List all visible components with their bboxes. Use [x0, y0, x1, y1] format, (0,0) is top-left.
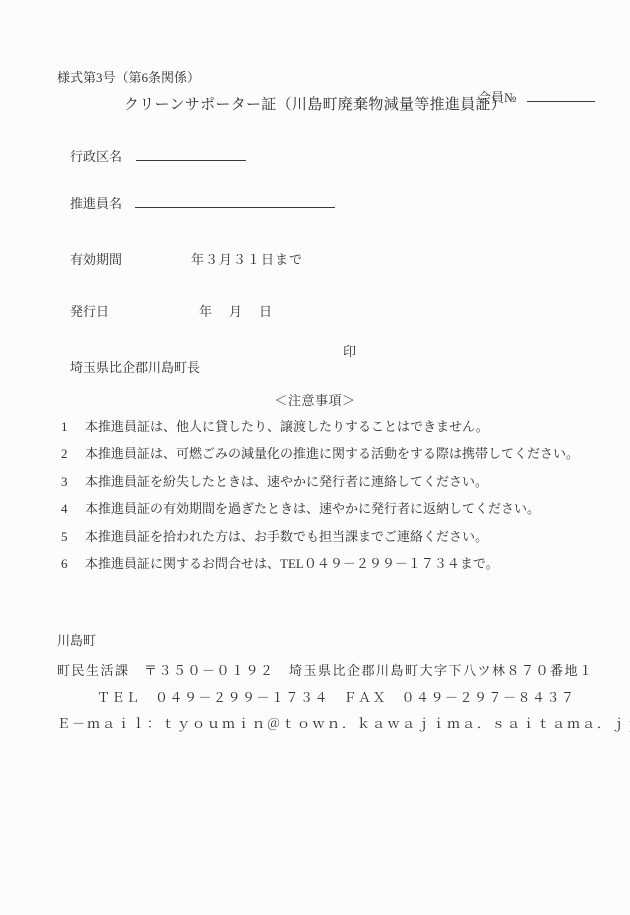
district-name-label: 行政区名	[70, 149, 122, 164]
district-name-blank-line	[136, 145, 246, 161]
note-text: 本推進員証の有効期間を過ぎたときは、速やかに発行者に返納してください。	[85, 501, 540, 517]
district-name-field: 行政区名	[57, 129, 246, 180]
notes-heading: ＜注意事項＞	[0, 393, 630, 409]
form-document-page: 様式第3号（第6条関係） 会員№ クリーンサポーター証（川島町廃棄物減量等推進員…	[0, 0, 630, 915]
validity-period-value: 年３月３１日まで	[191, 252, 303, 267]
note-text: 本推進員証に関するお問合せは、TEL０４９－２９９－１７３４まで。	[85, 556, 499, 572]
promoter-name-field: 推進員名	[57, 176, 335, 227]
document-title: クリーンサポーター証（川島町廃棄物減量等推進員証）	[0, 96, 630, 114]
note-item-1: 1本推進員証は、他人に貸したり、譲渡したりすることはできません。	[57, 419, 489, 435]
note-number: 6	[57, 556, 85, 572]
note-text: 本推進員証は、他人に貸したり、譲渡したりすることはできません。	[85, 419, 489, 435]
note-text: 本推進員証を紛失したときは、速やかに発行者に連絡してください。	[85, 474, 488, 490]
note-number: 2	[57, 446, 85, 462]
form-code: 様式第3号（第6条関係）	[57, 70, 200, 86]
note-item-3: 3本推進員証を紛失したときは、速やかに発行者に連絡してください。	[57, 474, 488, 490]
contact-email: Ｅ－ｍａｉｌ：ｔｙｏｕｍｉｎ＠ｔｏｗｎ．ｋａｗａｊｉｍａ．ｓａｉｔａｍａ．ｊｐ	[57, 716, 630, 732]
validity-period-field: 有効期間年３月３１日まで	[57, 236, 303, 283]
note-item-4: 4本推進員証の有効期間を過ぎたときは、速やかに発行者に返納してください。	[57, 501, 540, 517]
note-number: 5	[57, 529, 85, 545]
contact-department-address: 町民生活課 〒３５０－０１９２ 埼玉県比企郡川島町大字下八ツ林８７０番地１	[57, 663, 594, 679]
note-item-5: 5本推進員証を拾われた方は、お手数でも担当課までご連絡ください。	[57, 529, 488, 545]
seal-mark: 印	[343, 344, 356, 360]
issue-date-label: 発行日	[70, 304, 109, 319]
contact-town-name: 川島町	[57, 633, 96, 649]
mayor-title: 埼玉県比企郡川島町長	[70, 360, 200, 375]
contact-tel-fax: ＴＥＬ ０４９－２９９－１７３４ ＦＡＸ ０４９－２９７－８４３７	[97, 690, 576, 706]
note-number: 4	[57, 501, 85, 517]
note-item-2: 2本推進員証は、可燃ごみの減量化の推進に関する活動をする際は携帯してください。	[57, 446, 579, 462]
validity-period-label: 有効期間	[70, 252, 122, 267]
issue-date-field: 発行日年 月 日	[57, 288, 274, 335]
note-number: 1	[57, 419, 85, 435]
promoter-name-blank-line	[135, 192, 335, 208]
promoter-name-label: 推進員名	[70, 196, 122, 211]
note-text: 本推進員証は、可燃ごみの減量化の推進に関する活動をする際は携帯してください。	[85, 446, 579, 462]
note-item-6: 6本推進員証に関するお問合せは、TEL０４９－２９９－１７３４まで。	[57, 556, 499, 572]
issue-date-value: 年 月 日	[199, 304, 274, 319]
note-number: 3	[57, 474, 85, 490]
note-text: 本推進員証を拾われた方は、お手数でも担当課までご連絡ください。	[85, 529, 488, 545]
